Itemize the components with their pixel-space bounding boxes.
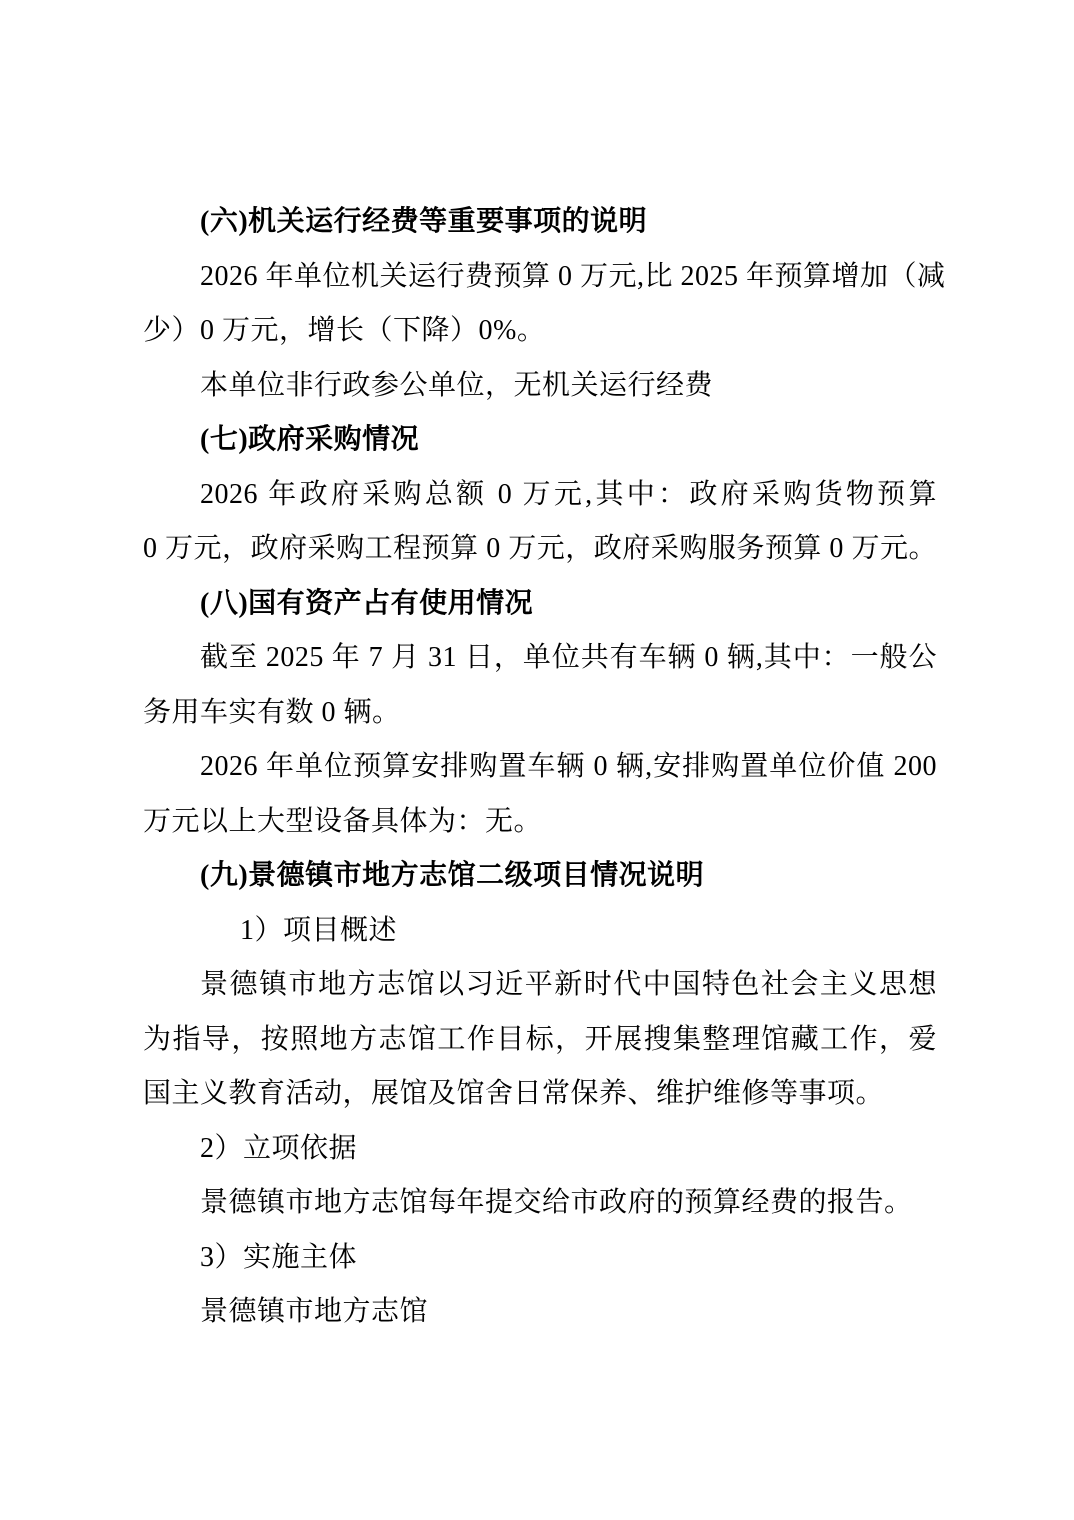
document-body: (六)机关运行经费等重要事项的说明2026 年单位机关运行费预算 0 万元,比 … (143, 195, 937, 1340)
text-line: 少）0 万元，增长（下降）0%。 (143, 304, 937, 359)
text-line: 务用车实有数 0 辆。 (143, 686, 937, 741)
text-line: 截至 2025 年 7 月 31 日，单位共有车辆 0 辆,其中：一般公 (143, 631, 937, 686)
section-heading: (七)政府采购情况 (143, 413, 937, 468)
text-line: 2026 年政府采购总额 0 万元,其中：政府采购货物预算 (143, 468, 937, 523)
section-heading: (九)景德镇市地方志馆二级项目情况说明 (143, 849, 937, 904)
text-line: 2026 年单位预算安排购置车辆 0 辆,安排购置单位价值 200 (143, 740, 937, 795)
text-line: (八)国有资产占有使用情况 (143, 577, 937, 632)
numbered-item: 1）项目概述 (143, 904, 937, 959)
section-heading: (六)机关运行经费等重要事项的说明 (143, 195, 937, 250)
text-line: 景德镇市地方志馆每年提交给市政府的预算经费的报告。 (143, 1176, 937, 1231)
text-line: (六)机关运行经费等重要事项的说明 (143, 195, 937, 250)
text-line: (七)政府采购情况 (143, 413, 937, 468)
text-line: 2026 年单位机关运行费预算 0 万元,比 2025 年预算增加（减 (143, 250, 937, 305)
paragraph: 截至 2025 年 7 月 31 日，单位共有车辆 0 辆,其中：一般公务用车实… (143, 631, 937, 740)
paragraph: 2026 年单位机关运行费预算 0 万元,比 2025 年预算增加（减少）0 万… (143, 250, 937, 359)
section-heading: (八)国有资产占有使用情况 (143, 577, 937, 632)
document-page: { "page": { "background": "#ffffff", "te… (0, 0, 1074, 1520)
numbered-item: 2）立项依据 (143, 1122, 937, 1177)
text-line: 0 万元，政府采购工程预算 0 万元，政府采购服务预算 0 万元。 (143, 522, 937, 577)
text-line: 为指导，按照地方志馆工作目标，开展搜集整理馆藏工作，爱 (143, 1013, 937, 1068)
text-line: 景德镇市地方志馆 (143, 1285, 937, 1340)
paragraph: 2026 年单位预算安排购置车辆 0 辆,安排购置单位价值 200万元以上大型设… (143, 740, 937, 849)
text-line: 2）立项依据 (143, 1122, 937, 1177)
text-line: 本单位非行政参公单位，无机关运行经费 (143, 359, 937, 414)
paragraph: 本单位非行政参公单位，无机关运行经费 (143, 359, 937, 414)
paragraph: 景德镇市地方志馆 (143, 1285, 937, 1340)
text-line: 3）实施主体 (143, 1231, 937, 1286)
numbered-item: 3）实施主体 (143, 1231, 937, 1286)
text-line: 万元以上大型设备具体为：无。 (143, 795, 937, 850)
paragraph: 景德镇市地方志馆每年提交给市政府的预算经费的报告。 (143, 1176, 937, 1231)
paragraph: 景德镇市地方志馆以习近平新时代中国特色社会主义思想为指导，按照地方志馆工作目标，… (143, 958, 937, 1122)
text-line: 景德镇市地方志馆以习近平新时代中国特色社会主义思想 (143, 958, 937, 1013)
text-line: 1）项目概述 (143, 904, 937, 959)
text-line: 国主义教育活动，展馆及馆舍日常保养、维护维修等事项。 (143, 1067, 937, 1122)
text-line: (九)景德镇市地方志馆二级项目情况说明 (143, 849, 937, 904)
paragraph: 2026 年政府采购总额 0 万元,其中：政府采购货物预算0 万元，政府采购工程… (143, 468, 937, 577)
